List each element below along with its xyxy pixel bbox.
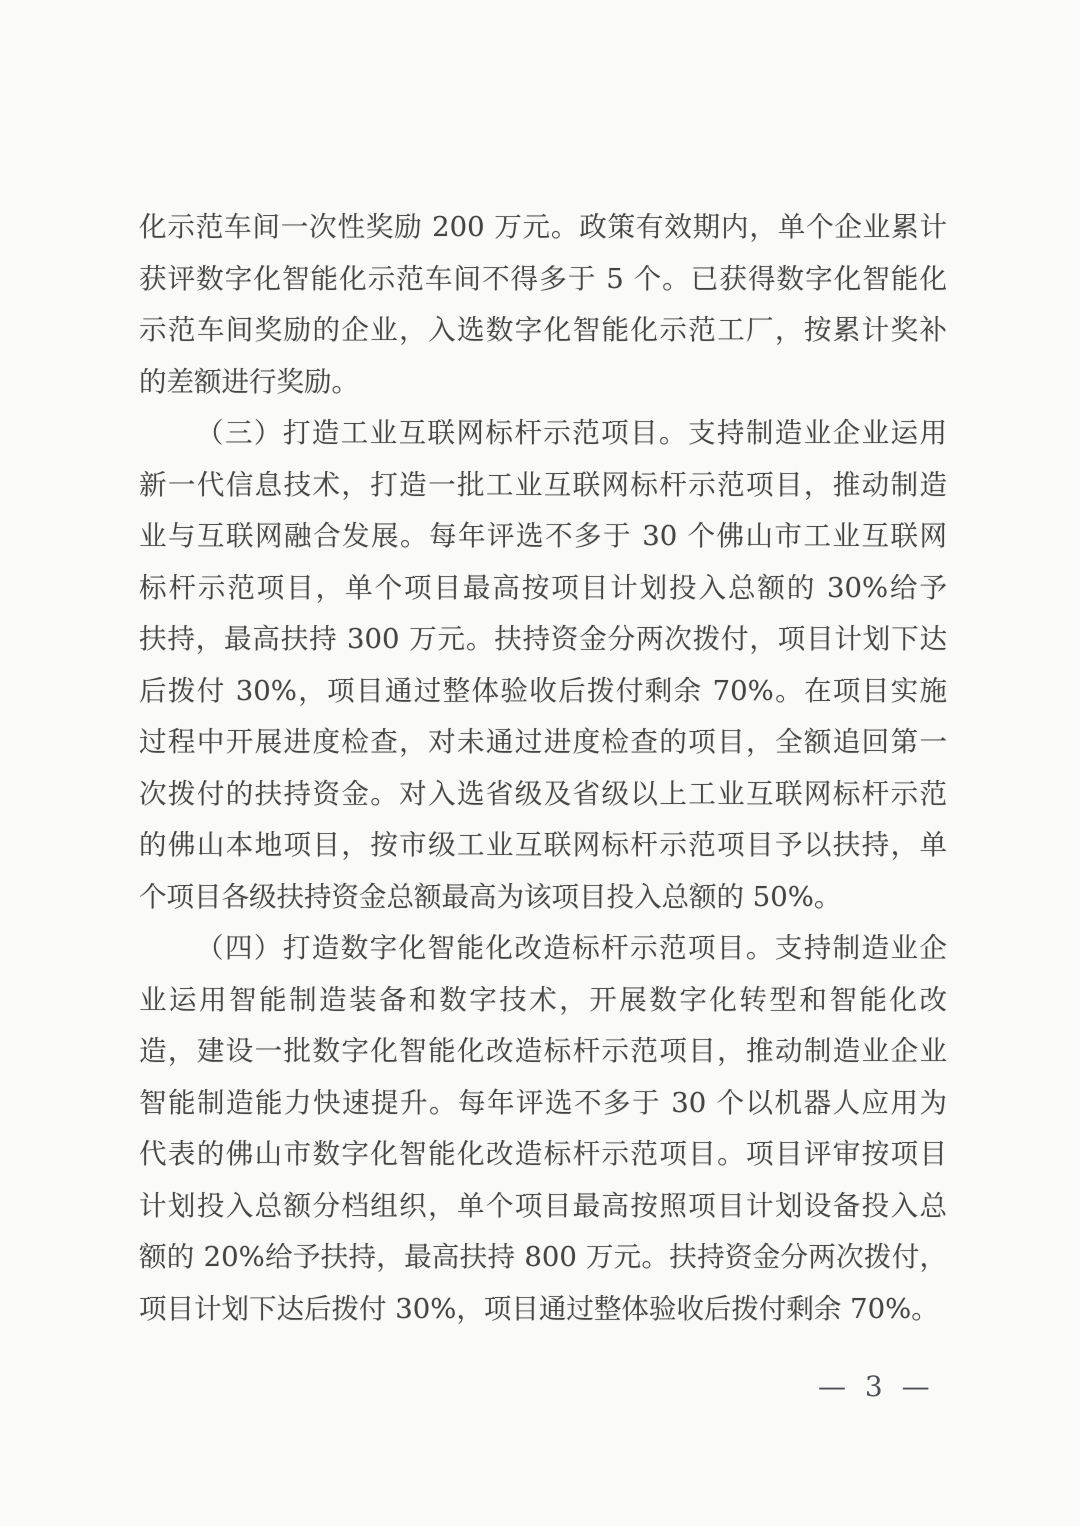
text-line: 的差额进行奖励。	[139, 357, 947, 409]
text-line: 计划投入总额分档组织，单个项目最高按照项目计划设备投入总	[139, 1181, 947, 1233]
document-page: 化示范车间一次性奖励 200 万元。政策有效期内，单个企业累计 获评数字化智能化…	[0, 0, 1080, 1526]
text-line: 扶持，最高扶持 300 万元。扶持资金分两次拨付，项目计划下达	[139, 614, 947, 666]
text-line: 标杆示范项目，单个项目最高按项目计划投入总额的 30%给予	[139, 563, 947, 615]
paragraph: 化示范车间一次性奖励 200 万元。政策有效期内，单个企业累计 获评数字化智能化…	[139, 202, 947, 408]
text-block: 化示范车间一次性奖励 200 万元。政策有效期内，单个企业累计 获评数字化智能化…	[139, 202, 947, 1335]
text-line: 业运用智能制造装备和数字技术，开展数字化转型和智能化改	[139, 975, 947, 1027]
text-line: 造，建设一批数字化智能化改造标杆示范项目，推动制造业企业	[139, 1026, 947, 1078]
text-line: 项目计划下达后拨付 30%，项目通过整体验收后拨付剩余 70%。	[139, 1284, 947, 1336]
text-line: （四）打造数字化智能化改造标杆示范项目。支持制造业企	[139, 923, 947, 975]
text-line: 次拨付的扶持资金。对入选省级及省级以上工业互联网标杆示范	[139, 769, 947, 821]
text-line: 获评数字化智能化示范车间不得多于 5 个。已获得数字化智能化	[139, 254, 947, 306]
text-line: 的佛山本地项目，按市级工业互联网标杆示范项目予以扶持，单	[139, 820, 947, 872]
text-line: 个项目各级扶持资金总额最高为该项目投入总额的 50%。	[139, 872, 947, 924]
text-line: （三）打造工业互联网标杆示范项目。支持制造业企业运用	[139, 408, 947, 460]
text-line: 示范车间奖励的企业，入选数字化智能化示范工厂，按累计奖补	[139, 305, 947, 357]
text-line: 智能制造能力快速提升。每年评选不多于 30 个以机器人应用为	[139, 1078, 947, 1130]
text-line: 新一代信息技术，打造一批工业互联网标杆示范项目，推动制造	[139, 460, 947, 512]
text-line: 化示范车间一次性奖励 200 万元。政策有效期内，单个企业累计	[139, 202, 947, 254]
text-line: 后拨付 30%，项目通过整体验收后拨付剩余 70%。在项目实施	[139, 666, 947, 718]
text-line: 额的 20%给予扶持，最高扶持 800 万元。扶持资金分两次拨付，	[139, 1232, 947, 1284]
paragraph: （四）打造数字化智能化改造标杆示范项目。支持制造业企 业运用智能制造装备和数字技…	[139, 923, 947, 1335]
page-number: — 3 —	[818, 1363, 935, 1411]
paragraph: （三）打造工业互联网标杆示范项目。支持制造业企业运用 新一代信息技术，打造一批工…	[139, 408, 947, 923]
text-line: 过程中开展进度检查，对未通过进度检查的项目，全额追回第一	[139, 717, 947, 769]
text-line: 代表的佛山市数字化智能化改造标杆示范项目。项目评审按项目	[139, 1129, 947, 1181]
text-line: 业与互联网融合发展。每年评选不多于 30 个佛山市工业互联网	[139, 511, 947, 563]
